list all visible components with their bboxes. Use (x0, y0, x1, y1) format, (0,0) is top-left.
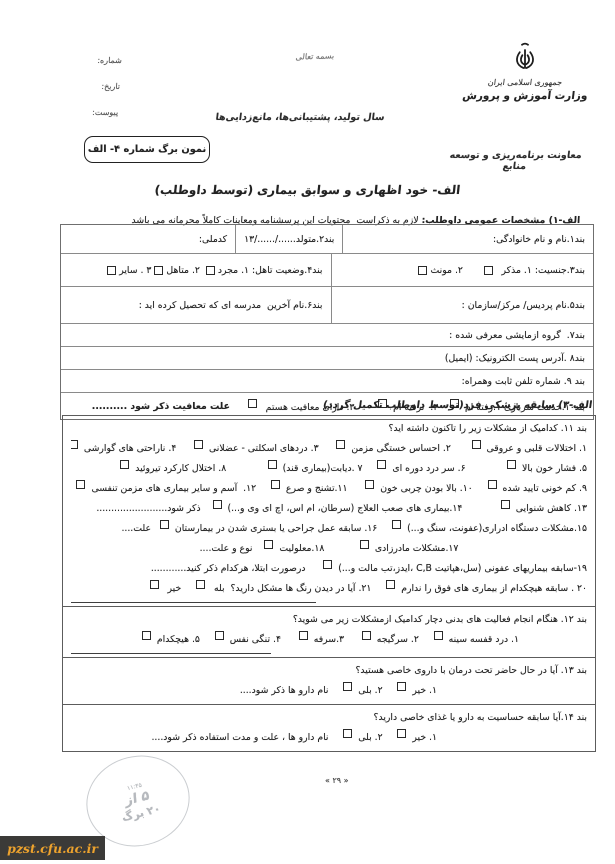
q11-item-line: ۲۰ . سابقه هیچکدام از بیماری های فوق را … (71, 579, 587, 599)
meta-date-label: تاریخ: (93, 74, 121, 100)
field-gender: بند۳.جنسیت: ۱. مذکر ۲. مونث (331, 254, 594, 286)
field-exam-group: بند۷. گروه ازمایشی معرفی شده : (61, 324, 593, 346)
question-11-block: بند ۱۱. کدامیک از مشکلات زیر را تاکنون د… (63, 416, 595, 606)
checkbox-icon (418, 266, 427, 275)
scanned-form-page: شماره: تاریخ: پیوست: بسمه تعالی سال تولی… (0, 0, 615, 864)
checkbox-icon (196, 580, 205, 589)
checkbox-icon (154, 266, 163, 275)
question-14-text: بند ۱۴.آیا سابقه حساسیت به دارو یا غذای … (71, 708, 587, 728)
field-email: بند۸ .آدرس پست الکترونیک: (ایمیل) (61, 347, 593, 369)
q11-item-line: ۹. کم خونی تایید شده ۱۰. بالا بودن چربی … (71, 479, 587, 499)
meta-attachment-label: پیوست: (91, 100, 119, 126)
checkbox-icon (194, 440, 203, 449)
checkbox-icon (120, 460, 129, 469)
checkbox-icon (150, 580, 159, 589)
checkbox-icon (299, 631, 308, 640)
question-12-text: بند ۱۲. هنگام انجام فعالیت های بدنی دچار… (71, 610, 587, 630)
checkbox-icon (336, 440, 345, 449)
form-number-box: نمون برگ شماره ۴- الف (84, 136, 210, 163)
q11-item-line: ۱. اختلالات قلبی و عروقی ۲. احساس خستگی … (71, 439, 587, 459)
field-phone: بند ۹. شماره تلفن ثابت وهمراه: (61, 370, 593, 392)
ministry-title: وزارت آموزش و پرورش (459, 90, 590, 102)
checkbox-icon (343, 729, 352, 738)
field-campus: بند۵.نام پردیس/ مرکز/سازمان : (331, 287, 594, 323)
q11-item-line: ۱۷.مشکلات مادرزادی ۱۸.معلولیت نوع و علت.… (71, 539, 587, 559)
checkbox-icon (215, 631, 224, 640)
checkbox-icon (268, 460, 277, 469)
field-national-id: کدملی: (61, 225, 235, 253)
checkbox-icon (264, 540, 273, 549)
question-13-text: بند ۱۳. آیا در حال حاضر تحت درمان با دار… (71, 661, 587, 681)
form-title: الف- خود اظهاری و سوابق بیماری (توسط داو… (0, 183, 615, 197)
checkbox-icon (107, 266, 116, 275)
q13-answer-line: ۱. خیر ۲. بلی نام دارو ها ذکر شود.... (71, 681, 587, 701)
checkbox-icon (377, 460, 386, 469)
page-number: « ۲۹ » (325, 776, 348, 785)
checkbox-icon (323, 560, 332, 569)
section2-heading: الف-۳) سابقه پزشکی فرد(توسط داوطلب تکمیل… (322, 400, 593, 411)
checkbox-icon (484, 266, 493, 275)
letterhead-meta: شماره: تاریخ: پیوست: (91, 48, 122, 126)
year-slogan-text: سال تولید، پشتیبانی‌ها، مانع‌زدایی‌ها (204, 112, 395, 123)
republic-title: جمهوری اسلامی ایران (459, 78, 590, 87)
table-row: بند۵.نام پردیس/ مرکز/سازمان : بند۶.نام آ… (61, 287, 593, 324)
site-watermark: pzst.cfu.ac.ir (0, 836, 105, 860)
checkbox-icon (365, 480, 374, 489)
field-birthdate: بند۲.متولد....../....../۱۳ (235, 225, 342, 253)
field-last-school: بند۶.نام آخرین مدرسه ای که تحصیل کرده ای… (61, 287, 331, 323)
answer-blank-line (71, 650, 271, 654)
checkbox-icon (271, 480, 280, 489)
table-row: بند۱.نام و نام خانوادگی: بند۲.متولد.....… (61, 225, 593, 254)
checkbox-icon (343, 682, 352, 691)
checkbox-icon (360, 540, 369, 549)
letterhead-org: جمهوری اسلامی ایران وزارت آموزش و پرورش (460, 42, 590, 102)
table-row: بند ۹. شماره تلفن ثابت وهمراه: (61, 370, 593, 393)
answer-blank-line (71, 599, 316, 603)
table-row: بند۷. گروه ازمایشی معرفی شده : (61, 324, 593, 347)
question-12-block: بند ۱۲. هنگام انجام فعالیت های بدنی دچار… (63, 606, 595, 657)
q11-item-line: ۱۳. کاهش شنوایی ۱۴.بیماری های صعب العلاج… (71, 499, 587, 519)
checkbox-icon (248, 399, 257, 408)
checkbox-icon (397, 682, 406, 691)
checkbox-icon (434, 631, 443, 640)
medical-history-box: بند ۱۱. کدامیک از مشکلات زیر را تاکنون د… (62, 415, 596, 752)
checkbox-icon (76, 480, 85, 489)
field-marital-status: بند۴.وضعیت تاهل: ۱. مجرد ۲. متاهل۳ . سای… (61, 254, 331, 286)
q11-item-line: ۵. فشار خون بالا ۶. سر درد دوره ای ۷ .دی… (71, 459, 587, 479)
personal-info-table: بند۱.نام و نام خانوادگی: بند۲.متولد.....… (60, 224, 594, 420)
question-14-block: بند ۱۴.آیا سابقه حساسیت به دارو یا غذای … (63, 704, 595, 751)
table-row: بند۳.جنسیت: ۱. مذکر ۲. مونث بند۴.وضعیت ت… (61, 254, 593, 287)
field-fullname: بند۱.نام و نام خانوادگی: (342, 225, 593, 253)
checkbox-icon (501, 500, 510, 509)
q11-item-line: ۱۵.مشکلات دستگاه ادراری(عفونت، سنگ و...)… (71, 519, 587, 539)
checkbox-icon (142, 631, 151, 640)
checkbox-icon (362, 631, 371, 640)
checkbox-icon (71, 440, 78, 449)
question-11-text: بند ۱۱. کدامیک از مشکلات زیر را تاکنون د… (71, 419, 587, 439)
checkbox-icon (397, 729, 406, 738)
bismillah-text: بسمه تعالی (249, 50, 381, 64)
checkbox-icon (507, 460, 516, 469)
checkbox-icon (392, 520, 401, 529)
q11-item-line: ۱۹-سابقه بیماریهای عفونی (سل،هپاتیت C,B … (71, 559, 587, 579)
q12-item-line: ۱. درد قفسه سینه ۲. سرگیجه ۳.سرفه ۴. تنگ… (71, 630, 587, 650)
checkbox-icon (213, 500, 222, 509)
q14-answer-line: ۱. خیر ۲. بلی نام دارو ها ، علت و مدت اس… (71, 728, 587, 748)
military-exemption-note: علت معافیت ذکر شود .......... (92, 401, 230, 412)
checkbox-icon (386, 580, 395, 589)
table-row: بند۸ .آدرس پست الکترونیک: (ایمیل) (61, 347, 593, 370)
checkbox-icon (206, 266, 215, 275)
meta-number-label: شماره: (95, 48, 123, 74)
question-13-block: بند ۱۳. آیا در حال حاضر تحت درمان با دار… (63, 657, 595, 704)
checkbox-icon (488, 480, 497, 489)
iran-emblem-icon (510, 42, 540, 76)
deputy-title: معاونت برنامه‌ریزی و توسعه منابع (444, 150, 587, 172)
checkbox-icon (160, 520, 169, 529)
checkbox-icon (472, 440, 481, 449)
